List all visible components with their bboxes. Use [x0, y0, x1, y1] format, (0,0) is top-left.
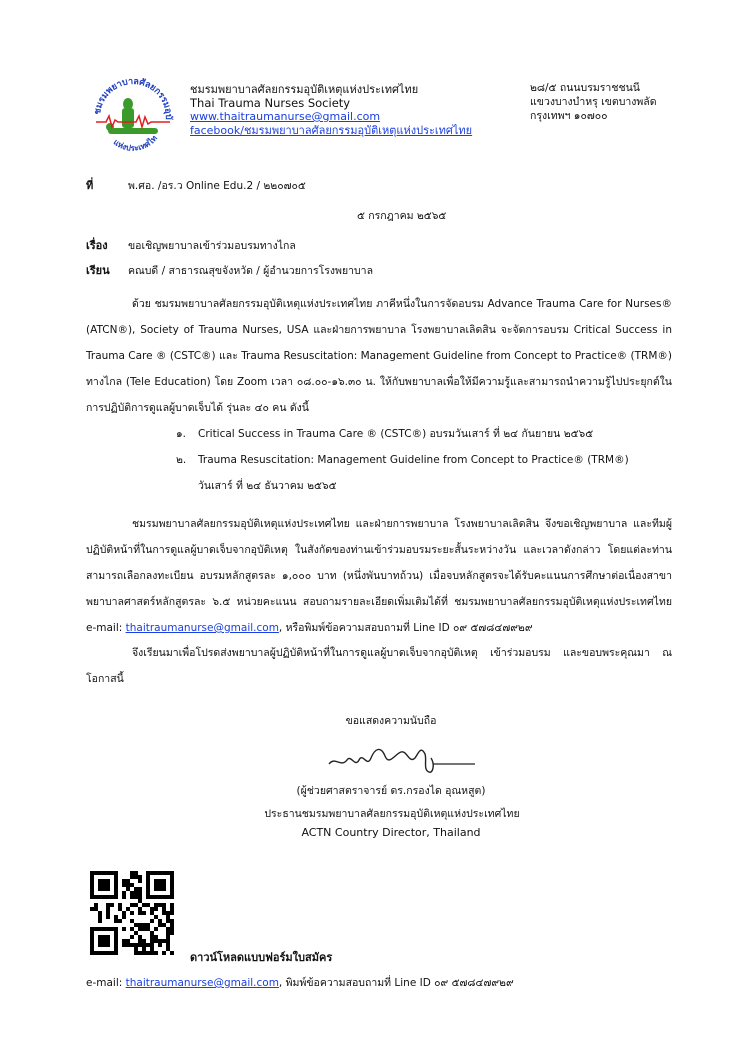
- course-list: ๑.Critical Success in Trauma Care ® (CST…: [176, 421, 686, 499]
- registration-qr-code[interactable]: [90, 871, 174, 955]
- paragraph-text: ด้วย ชมรมพยาบาลศัลยกรรมอุบัติเหตุแห่งประ…: [86, 298, 672, 414]
- paragraph-text: , หรือพิมพ์ข้อความสอบถามที่ Line ID ๐๙ ๕…: [279, 622, 533, 634]
- list-item: ๑.Critical Success in Trauma Care ® (CST…: [176, 421, 686, 447]
- paragraph-text: ชมรมพยาบาลศัลยกรรมอุบัติเหตุแห่งประเทศไท…: [86, 518, 672, 634]
- signatory-title-th: ประธานชมรมพยาบาลศัลยกรรมอุบัติเหตุแห่งปร…: [232, 805, 552, 822]
- email-link[interactable]: thaitraumanurse@gmail.com: [126, 622, 279, 634]
- list-item: ๒.Trauma Resuscitation: Management Guide…: [176, 447, 686, 473]
- letter-date: ๕ กรกฎาคม ๒๕๖๕: [357, 207, 446, 224]
- ref-label: ที่: [86, 176, 93, 194]
- list-number: ๑.: [176, 421, 198, 447]
- address-block: ๒๘/๕ ถนนบรมราชชนนี แขวงบางบำหรุ เขตบางพล…: [530, 81, 657, 123]
- paragraph-text: จึงเรียนมาเพื่อโปรดส่งพยาบาลผู้ปฏิบัติหน…: [86, 647, 672, 685]
- list-text: Trauma Resuscitation: Management Guideli…: [198, 454, 629, 466]
- footer-contact: e-mail: thaitraumanurse@gmail.com, พิมพ์…: [86, 974, 514, 991]
- footer-email-link[interactable]: thaitraumanurse@gmail.com: [126, 977, 279, 989]
- body-paragraph-2: ชมรมพยาบาลศัลยกรรมอุบัติเหตุแห่งประเทศไท…: [86, 511, 672, 641]
- letterhead: ชมรมพยาบาลศัลยกรรมอุบัติเหตุแห่งประเทศไท…: [190, 83, 472, 137]
- body-paragraph-1: ด้วย ชมรมพยาบาลศัลยกรรมอุบัติเหตุแห่งประ…: [86, 291, 672, 421]
- recipient-value: คณบดี / สาธารณสุขจังหวัด / ผู้อำนวยการโร…: [128, 262, 373, 279]
- download-form-label: ดาวน์โหลดแบบฟอร์มใบสมัคร: [190, 948, 332, 966]
- society-logo: ชมรมพยาบาลศัลยกรรมอุบัติเหตุ แห่งประเทศไ…: [88, 72, 178, 162]
- subject-label: เรื่อง: [86, 236, 108, 254]
- ref-number: พ.ศอ. /อร.ว Online Edu.2 / ๒๒๐๗๐๕: [128, 177, 306, 194]
- signatory-title-en: ACTN Country Director, Thailand: [250, 826, 532, 839]
- closing: ขอแสดงความนับถือ: [250, 712, 532, 729]
- address-line: กรุงเทพฯ ๑๐๗๐๐: [530, 109, 657, 123]
- address-line: แขวงบางบำหรุ เขตบางพลัด: [530, 95, 657, 109]
- list-number: ๒.: [176, 447, 198, 473]
- line-id-text: , พิมพ์ข้อความสอบถามที่ Line ID ๐๙ ๕๗๘๔๗…: [279, 977, 514, 989]
- address-line: ๒๘/๕ ถนนบรมราชชนนี: [530, 81, 657, 95]
- email-prefix: e-mail:: [86, 977, 126, 989]
- org-name-en: Thai Trauma Nurses Society: [190, 97, 472, 111]
- facebook-link[interactable]: facebook/ชมรมพยาบาลศัลยกรรมอุบัติเหตุแห่…: [190, 124, 472, 138]
- website-link[interactable]: www.thaitraumanurse@gmail.com: [190, 110, 472, 124]
- list-text: Critical Success in Trauma Care ® (CSTC®…: [198, 428, 593, 440]
- org-name-th: ชมรมพยาบาลศัลยกรรมอุบัติเหตุแห่งประเทศไท…: [190, 83, 472, 97]
- signature-image: [325, 738, 485, 784]
- recipient-label: เรียน: [86, 261, 110, 279]
- list-item-continuation: วันเสาร์ ที่ ๒๔ ธันวาคม ๒๕๖๕: [176, 473, 686, 499]
- body-paragraph-3: จึงเรียนมาเพื่อโปรดส่งพยาบาลผู้ปฏิบัติหน…: [86, 640, 672, 692]
- subject-value: ขอเชิญพยาบาลเข้าร่วมอบรมทางไกล: [128, 237, 296, 254]
- signatory-name: (ผู้ช่วยศาสตราจารย์ ดร.กรองได อุณหสูต): [250, 782, 532, 799]
